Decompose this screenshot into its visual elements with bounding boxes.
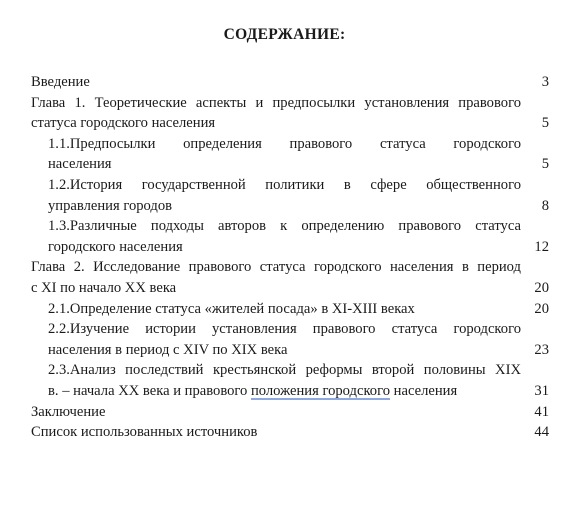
toc-page-number: 20: [534, 299, 549, 320]
toc-entry-text: 1.1.Предпосылки определения правового ст…: [48, 134, 521, 155]
toc-title: СОДЕРЖАНИЕ:: [0, 26, 569, 44]
toc-entry-section-1-2[interactable]: 1.2.История государственной политики в с…: [31, 175, 551, 216]
toc-entry-text: 1.3.Различные подходы авторов к определе…: [48, 216, 521, 237]
toc-entry-section-1-1[interactable]: 1.1.Предпосылки определения правового ст…: [31, 134, 551, 175]
toc-entry-text-line-2: в. – начала XX века и правового положени…: [48, 381, 521, 402]
toc-entry-text: с XI по начало XX века: [31, 278, 521, 299]
toc-page-number: 23: [534, 340, 549, 361]
toc-entry-section-2-2[interactable]: 2.2.Изучение истории установления правов…: [31, 319, 551, 360]
toc-page-number: 20: [534, 278, 549, 299]
toc-page-number: 8: [542, 196, 549, 217]
toc-entry-text: населения: [48, 154, 521, 175]
toc-entry-text: Заключение: [31, 402, 521, 423]
toc-entry-text: статуса городского населения: [31, 113, 521, 134]
toc-entry-text: Глава 2. Исследование правового статуса …: [31, 257, 521, 278]
toc-entry-text-fragment: в. – начала XX века и правового: [48, 383, 251, 399]
toc-entry-section-2-1[interactable]: 2.1.Определение статуса «жителей посада»…: [31, 299, 551, 320]
toc-page-number: 44: [534, 422, 549, 443]
toc-entry-text: населения в период с XIV по XIX века: [48, 340, 521, 361]
table-of-contents: Введение 3 Глава 1. Теоретические аспект…: [31, 72, 551, 443]
toc-page-number: 31: [534, 381, 549, 402]
toc-entry-text: 2.3.Анализ последствий крестьянской рефо…: [48, 360, 521, 381]
toc-entry-text: городского населения: [48, 237, 521, 258]
toc-page-number: 5: [542, 113, 549, 134]
toc-entry-conclusion[interactable]: Заключение 41: [31, 402, 551, 423]
toc-entry-text: 2.1.Определение статуса «жителей посада»…: [48, 299, 521, 320]
toc-entry-text-fragment: населения: [390, 383, 457, 399]
toc-page-number: 5: [542, 154, 549, 175]
toc-entry-chapter-2[interactable]: Глава 2. Исследование правового статуса …: [31, 257, 551, 298]
toc-entry-text: управления городов: [48, 196, 521, 217]
spellcheck-underline[interactable]: положения городского: [251, 383, 390, 399]
toc-entry-text: Введение: [31, 72, 521, 93]
toc-entry-section-1-3[interactable]: 1.3.Различные подходы авторов к определе…: [31, 216, 551, 257]
toc-entry-introduction[interactable]: Введение 3: [31, 72, 551, 93]
toc-entry-text: 2.2.Изучение истории установления правов…: [48, 319, 521, 340]
toc-entry-references[interactable]: Список использованных источников 44: [31, 422, 551, 443]
toc-entry-text: Список использованных источников: [31, 422, 521, 443]
toc-entry-section-2-3[interactable]: 2.3.Анализ последствий крестьянской рефо…: [31, 360, 551, 401]
toc-entry-text: Глава 1. Теоретические аспекты и предпос…: [31, 93, 521, 114]
toc-page-number: 3: [542, 72, 549, 93]
toc-entry-chapter-1[interactable]: Глава 1. Теоретические аспекты и предпос…: [31, 93, 551, 134]
toc-page-number: 41: [534, 402, 549, 423]
toc-entry-text: 1.2.История государственной политики в с…: [48, 175, 521, 196]
toc-page-number: 12: [534, 237, 549, 258]
